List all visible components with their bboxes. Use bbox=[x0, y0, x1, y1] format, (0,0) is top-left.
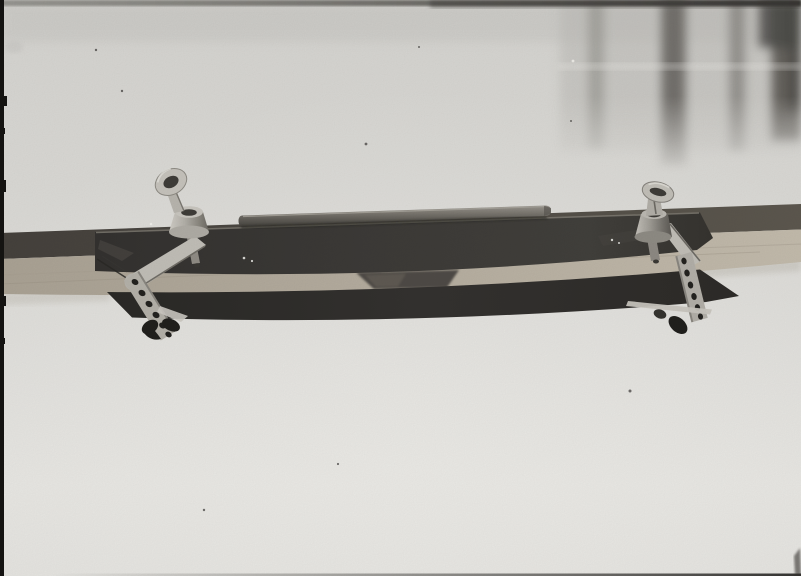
photo-canvas bbox=[0, 0, 801, 576]
photograph bbox=[0, 0, 801, 576]
film-grain bbox=[0, 0, 801, 576]
